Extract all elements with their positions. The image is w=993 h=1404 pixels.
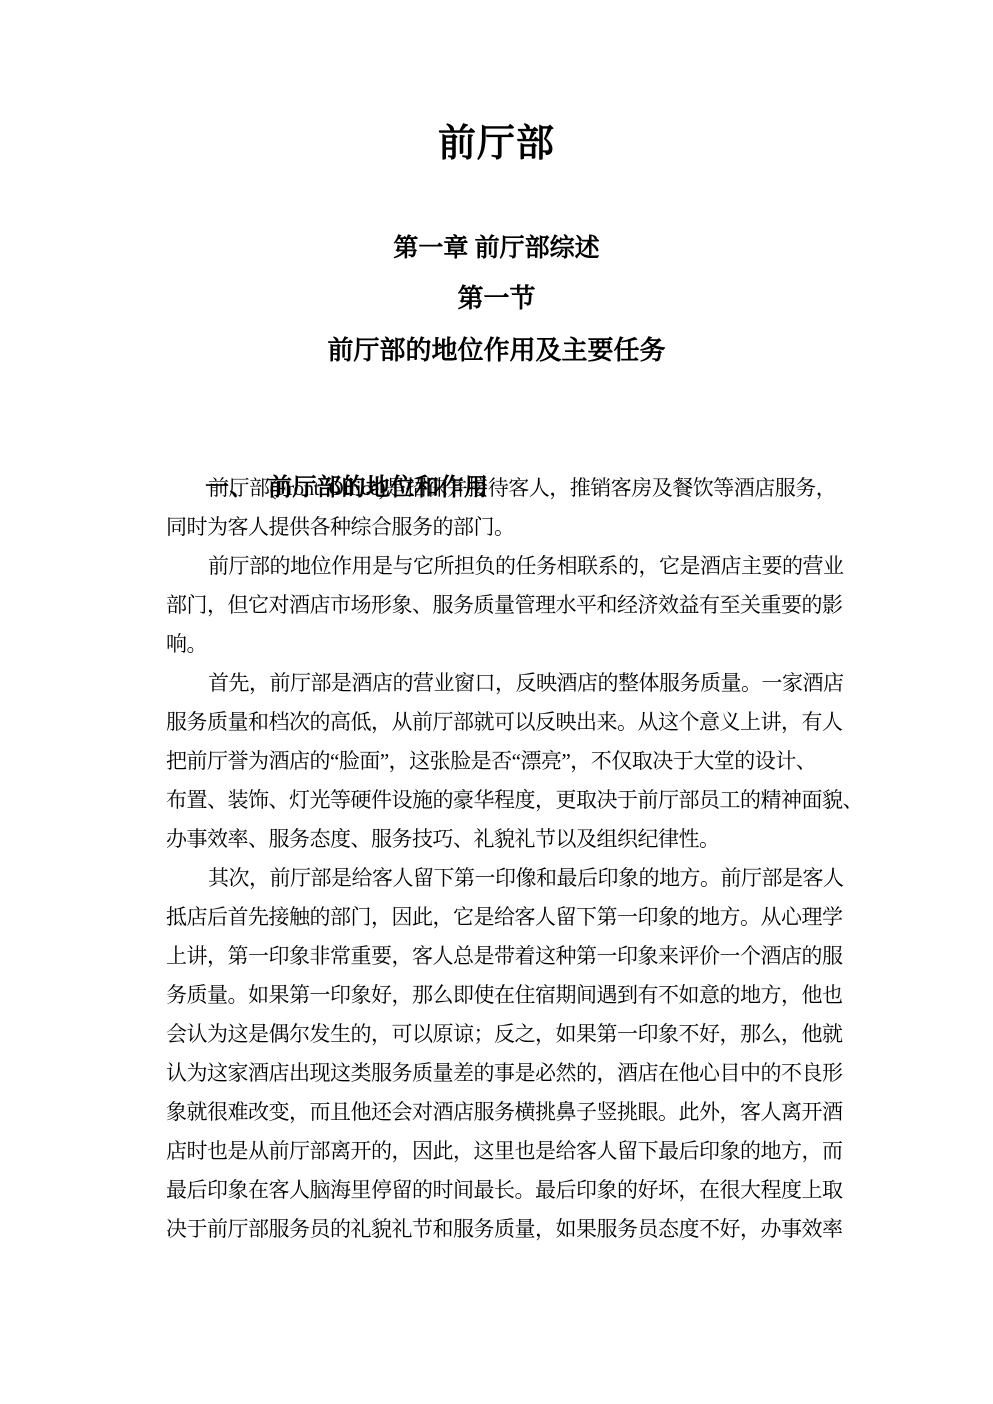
paragraph-line: 前厅部的地位作用是与它所担负的任务相联系的，它是酒店主要的营业	[166, 547, 926, 586]
paragraph-line: 决于前厅部服务员的礼貌礼节和服务质量，如果服务员态度不好，办事效率	[166, 1210, 926, 1249]
section-subtitle: 前厅部的地位作用及主要任务	[0, 336, 993, 365]
paragraph-line: 同时为客人提供各种综合服务的部门。	[166, 508, 926, 547]
list-heading: 一、前厅部的地位和作用	[166, 430, 926, 469]
document-page: 前厅部 第一章 前厅部综述 第一节 前厅部的地位作用及主要任务 一、前厅部的地位…	[0, 0, 993, 1404]
doc-title: 前厅部	[0, 124, 993, 164]
paragraph-line: 响。	[166, 625, 926, 664]
paragraph-line: 抵店后首先接触的部门，因此，它是给客人留下第一印象的地方。从心理学	[166, 898, 926, 937]
paragraph: 其次，前厅部是给客人留下第一印像和最后印象的地方。前厅部是客人 抵店后首先接触的…	[166, 859, 926, 1249]
paragraph-line: 会认为这是偶尔发生的，可以原谅；反之，如果第一印象不好，那么，他就	[166, 1015, 926, 1054]
paragraph: 前厅部的地位作用是与它所担负的任务相联系的，它是酒店主要的营业 部门，但它对酒店…	[166, 547, 926, 664]
paragraph: 前厅部(Front Office)是招徕并接待客人，推销客房及餐饮等酒店服务， …	[166, 469, 926, 547]
paragraph-line: 部门，但它对酒店市场形象、服务质量管理水平和经济效益有至关重要的影	[166, 586, 926, 625]
paragraph-line: 布置、装饰、灯光等硬件设施的豪华程度，更取决于前厅部员工的精神面貌、	[166, 781, 926, 820]
paragraph-line: 前厅部(Front Office)是招徕并接待客人，推销客房及餐饮等酒店服务，	[166, 469, 926, 508]
paragraph-line: 最后印象在客人脑海里停留的时间最长。最后印象的好坏，在很大程度上取	[166, 1171, 926, 1210]
chapter-heading: 第一章 前厅部综述	[0, 235, 993, 263]
paragraph-line: 认为这家酒店出现这类服务质量差的事是必然的，酒店在他心目中的不良形	[166, 1054, 926, 1093]
paragraph-line: 首先，前厅部是酒店的营业窗口，反映酒店的整体服务质量。一家酒店	[166, 664, 926, 703]
section-heading: 第一节	[0, 284, 993, 313]
paragraph-line: 象就很难改变，而且他还会对酒店服务横挑鼻子竖挑眼。此外，客人离开酒	[166, 1093, 926, 1132]
paragraph-line: 上讲，第一印象非常重要，客人总是带着这种第一印象来评价一个酒店的服	[166, 937, 926, 976]
paragraph-line: 店时也是从前厅部离开的，因此，这里也是给客人留下最后印象的地方，而	[166, 1132, 926, 1171]
paragraph-line: 办事效率、服务态度、服务技巧、礼貌礼节以及组织纪律性。	[166, 820, 926, 859]
paragraph-line: 务质量。如果第一印象好，那么即使在住宿期间遇到有不如意的地方，他也	[166, 976, 926, 1015]
paragraph-line: 把前厅誉为酒店的“脸面”，这张脸是否“漂亮”，不仅取决于大堂的设计、	[166, 742, 926, 781]
paragraph-line: 其次，前厅部是给客人留下第一印像和最后印象的地方。前厅部是客人	[166, 859, 926, 898]
paragraph-line: 服务质量和档次的高低，从前厅部就可以反映出来。从这个意义上讲，有人	[166, 703, 926, 742]
document-body: 一、前厅部的地位和作用 前厅部(Front Office)是招徕并接待客人，推销…	[166, 430, 926, 1249]
paragraph: 首先，前厅部是酒店的营业窗口，反映酒店的整体服务质量。一家酒店 服务质量和档次的…	[166, 664, 926, 859]
